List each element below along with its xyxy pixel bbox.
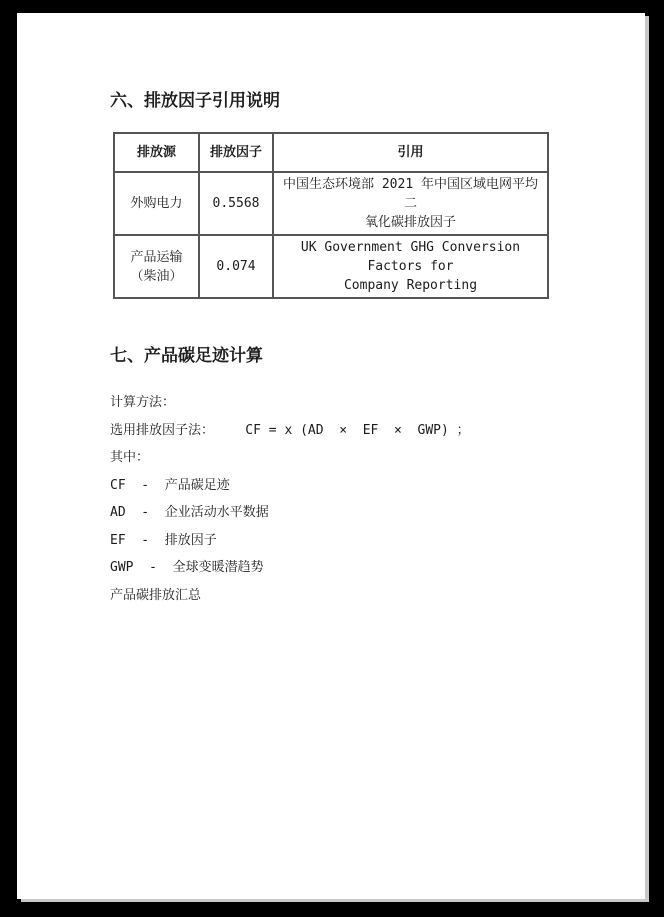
cell-source-transport: 产品运输 （柴油） <box>114 235 199 298</box>
cell-factor-electricity: 0.5568 <box>199 172 273 235</box>
page-content: 六、排放因子引用说明 排放源 排放因子 引用 外购电力 0.5568 中国生态环… <box>110 13 625 609</box>
definition-cf: CF - 产品碳足迹 <box>110 472 625 500</box>
emission-summary-label: 产品碳排放汇总 <box>110 582 625 610</box>
table-row: 产品运输 （柴油） 0.074 UK Government GHG Conver… <box>114 235 548 298</box>
section6-heading: 六、排放因子引用说明 <box>110 92 625 111</box>
emission-factor-formula: 选用排放因子法： CF = x (AD × EF × GWP) ； <box>110 417 625 445</box>
calc-method-label: 计算方法： <box>110 389 625 417</box>
emission-factors-table: 排放源 排放因子 引用 外购电力 0.5568 中国生态环境部 2021 年中国… <box>113 132 549 299</box>
table-row: 外购电力 0.5568 中国生态环境部 2021 年中国区域电网平均二 氧化碳排… <box>114 172 548 235</box>
cell-source-electricity: 外购电力 <box>114 172 199 235</box>
definition-ef: EF - 排放因子 <box>110 527 625 555</box>
cell-citation-electricity: 中国生态环境部 2021 年中国区域电网平均二 氧化碳排放因子 <box>273 172 548 235</box>
header-emission-source: 排放源 <box>114 133 199 172</box>
table-header-row: 排放源 排放因子 引用 <box>114 133 548 172</box>
definition-gwp: GWP - 全球变暖潜趋势 <box>110 554 625 582</box>
cell-citation-transport: UK Government GHG Conversion Factors for… <box>273 235 548 298</box>
document-page: 六、排放因子引用说明 排放源 排放因子 引用 外购电力 0.5568 中国生态环… <box>17 13 645 899</box>
header-citation: 引用 <box>273 133 548 172</box>
definition-ad: AD - 企业活动水平数据 <box>110 499 625 527</box>
header-emission-factor: 排放因子 <box>199 133 273 172</box>
cell-factor-transport: 0.074 <box>199 235 273 298</box>
where-label: 其中： <box>110 444 625 472</box>
calculation-method-block: 计算方法： 选用排放因子法： CF = x (AD × EF × GWP) ； … <box>110 389 625 609</box>
section7-heading: 七、产品碳足迹计算 <box>110 347 625 366</box>
